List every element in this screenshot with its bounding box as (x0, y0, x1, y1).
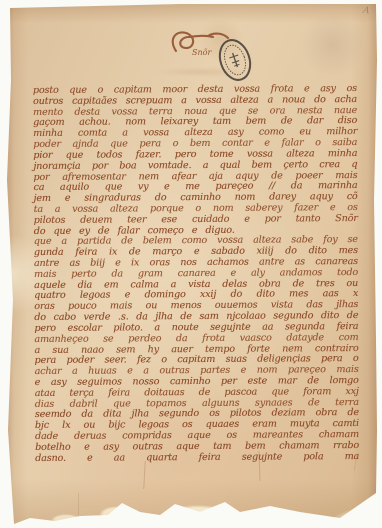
manuscript-page: Snõr A posto que o capitam moor desta vo… (6, 3, 377, 524)
manuscript-line: a sua naao sem hy auer tempo forte nem c… (34, 344, 358, 357)
manuscript-line: mento desta vossa terra noua que se ora … (33, 106, 357, 119)
manuscript-line: dade deruas compridas aque os mareantes … (35, 430, 359, 443)
manuscript-line: achar a huuas e a outras partes e nom pa… (35, 365, 359, 378)
manuscript-text: posto que o capitam moor desta vossa fro… (33, 84, 359, 464)
manuscript-line: dias dabril que topamos alguuns synaaes … (35, 398, 359, 411)
manuscript-line: dasno. e aa quarta feira segujnte pola m… (35, 452, 359, 465)
manuscript-line: que a partida de belem como vossa alteza… (34, 235, 358, 248)
manuscript-line: poder ajnda que pera o bem contar e fala… (33, 138, 357, 151)
manuscript-line: pilotos deuem teer ese cuidado e por tan… (34, 214, 358, 227)
manuscript-line: oras pouco mais ou menos ouuemos vista d… (34, 300, 358, 313)
manuscript-line: posto que o capitam moor desta vossa fro… (33, 84, 357, 97)
torn-edge (6, 478, 377, 524)
photo-background: Snõr A posto que o capitam moor desta vo… (0, 0, 382, 528)
manuscript-line: mais perto da gram canarea e aly andamos… (34, 268, 358, 281)
manuscript-line: por afremosentar nem afear aja aquy de p… (33, 171, 357, 184)
corner-pencil-mark: A (362, 6, 370, 17)
